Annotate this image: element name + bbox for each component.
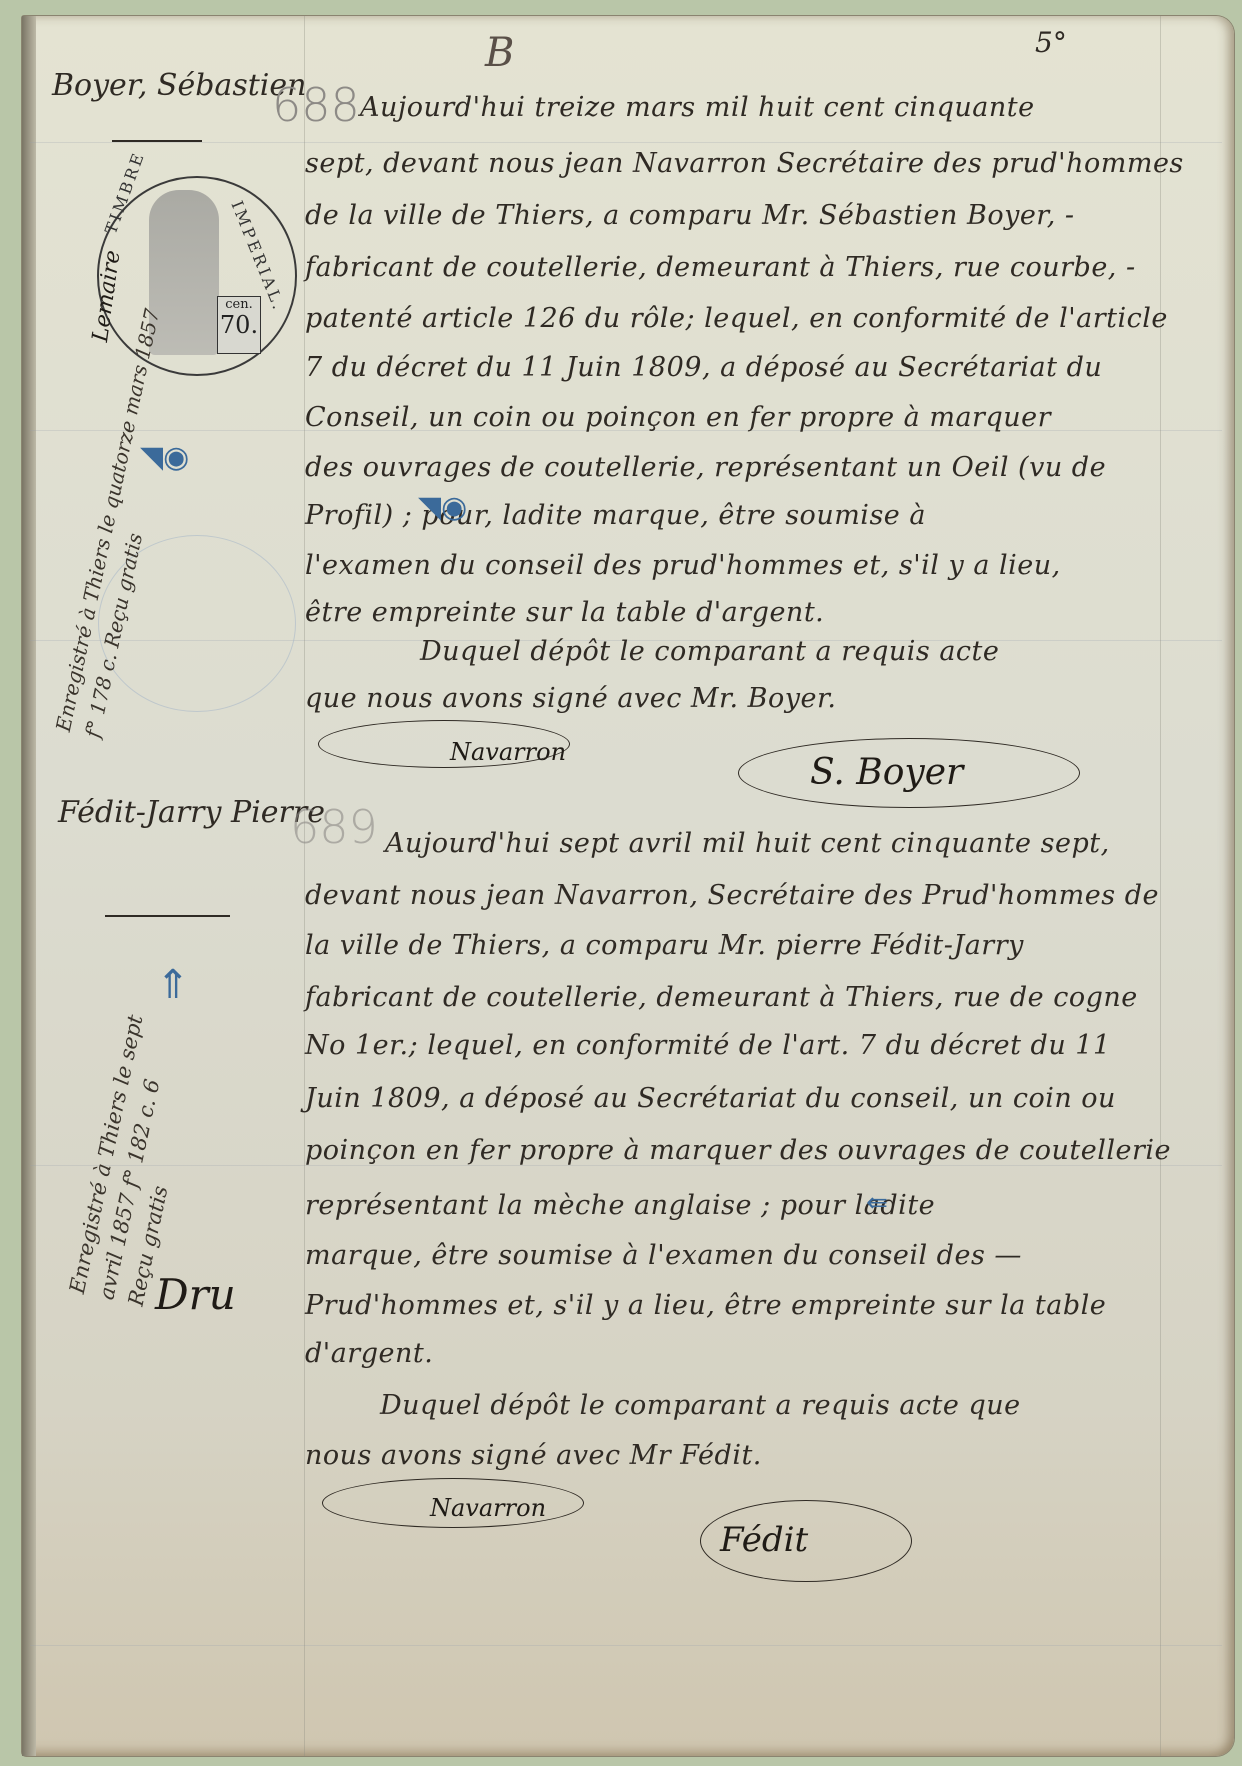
entry1-line: fabricant de coutellerie, demeurant à Th… xyxy=(305,252,1136,283)
top-mark: B xyxy=(485,30,514,76)
entry2-register-number: 689 xyxy=(290,800,378,854)
right-margin-rule xyxy=(1160,16,1161,1756)
ruled-line xyxy=(30,1645,1222,1646)
entry1-closing: que nous avons signé avec Mr. Boyer. xyxy=(305,683,837,714)
entry1-line: sept, devant nous jean Navarron Secrétai… xyxy=(305,148,1184,179)
imperial-tax-stamp: TIMBRE IMPERIAL. cen. 70. xyxy=(97,176,297,376)
eye-mark-imprint-icon: ◥◉ xyxy=(140,440,189,475)
entry1-line: l'examen du conseil des prud'hommes et, … xyxy=(305,550,1061,581)
entry1-line: être empreinte sur la table d'argent. xyxy=(305,597,824,628)
entry2-line: Aujourd'hui sept avril mil huit cent cin… xyxy=(385,828,1110,859)
entry2-line: No 1er.; lequel, en conformité de l'art.… xyxy=(305,1030,1111,1061)
drill-bit-mark-inline-icon: ⇚ xyxy=(866,1188,888,1218)
entry1-line: de la ville de Thiers, a comparu Mr. Séb… xyxy=(305,200,1075,231)
entry2-line: devant nous jean Navarron, Secrétaire de… xyxy=(305,880,1159,911)
drill-bit-mark-imprint-icon: ⇑ xyxy=(156,965,190,1005)
entry1-line: des ouvrages de coutellerie, représentan… xyxy=(305,452,1106,483)
entry2-name-underline xyxy=(105,915,230,917)
entry1-line: Conseil, un coin ou poinçon en fer propr… xyxy=(305,402,1051,433)
entry2-margin-name: Fédit-Jarry Pierre xyxy=(58,795,325,830)
entry2-closing: nous avons signé avec Mr Fédit. xyxy=(305,1440,762,1471)
ruled-line xyxy=(30,142,1222,143)
entry1-line: Profil) ; pour, ladite marque, être soum… xyxy=(305,500,926,531)
entry2-line: Prud'hommes et, s'il y a lieu, être empr… xyxy=(305,1290,1106,1321)
page-number: 5° xyxy=(1035,26,1067,59)
entry2-registrar-signature: Dru xyxy=(155,1270,236,1319)
entry2-line: marque, être soumise à l'examen du conse… xyxy=(305,1240,1022,1271)
entry1-closing: Duquel dépôt le comparant a requis acte xyxy=(420,636,999,667)
entry2-closing: Duquel dépôt le comparant a requis acte … xyxy=(380,1390,1021,1421)
entry2-line: poinçon en fer propre à marquer des ouvr… xyxy=(305,1135,1171,1166)
entry2-line: la ville de Thiers, a comparu Mr. pierre… xyxy=(305,930,1024,961)
entry1-line: 7 du décret du 11 Juin 1809, a déposé au… xyxy=(305,352,1102,383)
eye-mark-inline-icon: ◥◉ xyxy=(418,490,467,525)
entry1-register-number: 688 xyxy=(272,78,360,132)
entry1-margin-name: Boyer, Sébastien xyxy=(52,68,306,103)
entry1-line: patenté article 126 du rôle; lequel, en … xyxy=(305,303,1168,334)
entry2-line: fabricant de coutellerie, demeurant à Th… xyxy=(305,982,1138,1013)
page-binding xyxy=(22,16,36,1756)
entry1-secretary-signature: Navarron xyxy=(450,738,566,766)
entry1-name-underline xyxy=(112,140,202,142)
entry2-secretary-signature: Navarron xyxy=(430,1494,546,1522)
entry1-line: Aujourd'hui treize mars mil huit cent ci… xyxy=(360,92,1035,123)
entry1-depositor-signature: S. Boyer xyxy=(810,752,963,793)
stamp-denomination: cen. 70. xyxy=(217,296,261,354)
entry2-line: Juin 1809, a déposé au Secrétariat du co… xyxy=(305,1083,1116,1114)
entry2-line: d'argent. xyxy=(305,1338,433,1369)
entry2-depositor-signature: Fédit xyxy=(720,1520,808,1560)
entry2-line: représentant la mèche anglaise ; pour la… xyxy=(305,1190,935,1221)
